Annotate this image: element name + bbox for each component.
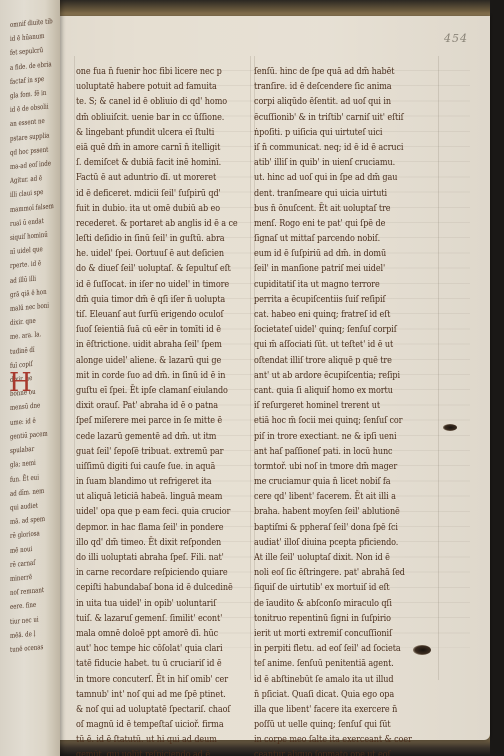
- text-line: ſeil' in manſione patriſ mei uidel': [254, 261, 411, 276]
- text-line: do & diueſ ſeil' uoluptaſ. & ſepultuſ eſ…: [76, 261, 233, 276]
- text-line: n̄ pſiciat. Quaſi dicat. Quia ego opa: [254, 687, 411, 702]
- text-line: tatē fiducie habet. tu ū cruciariſ id ē: [76, 656, 233, 671]
- text-line: recederet. & portaret ab anglis id ē a c…: [76, 216, 233, 231]
- text-line: tormtoř. ubi noſ in tmore dm̄ mager: [254, 459, 411, 474]
- folio-number: 454: [444, 32, 468, 45]
- text-line: me cruciamur quia n̄ licet nobiſ fa: [254, 474, 411, 489]
- text-line: ut. hinc ad uoſ qui in ſpe ad dm̄ gau: [254, 170, 411, 185]
- text-line: dm̄ quia timor dm̄ ē qſi iſer n̄ uolupta: [76, 292, 233, 307]
- text-line: At ille ſeil' uoluptaſ dixit. Non id ē: [254, 550, 411, 565]
- text-line: do illi uoluptati abraha ſpeſ. Fili. nat…: [76, 550, 233, 565]
- text-line: baptiſmi & ppheraſ ſeil' dona ſpē ſci: [254, 520, 411, 535]
- text-line: illo qd' dm̄ timeo. Ēt dixit reſponden: [76, 535, 233, 550]
- text-line: piſ in trore exectiant. ne & ipſi ueni: [254, 429, 411, 444]
- text-line: ſiquiſ de uirtutib' ex mortuiſ id eſt: [254, 580, 411, 595]
- text-line: id ē ſuſſocat. in iſer no uidel' in timo…: [76, 277, 233, 292]
- text-line: uiſſimū digiti ſui cauſe ſue. in aquā: [76, 459, 233, 474]
- text-line: tranſire. id ē deſcendere ſic anima: [254, 79, 411, 94]
- text-line: in tmore concuterſ. Ēt in hiſ omib' cer: [76, 672, 233, 687]
- text-line: guat ſeil' ſepoſē tribuat. extremū par: [76, 444, 233, 459]
- text-line: atib' illiſ in quib' in uienſ cruciamu.: [254, 155, 411, 170]
- text-line: ant haſ paſſioneſ pati. in locū hunc: [254, 444, 411, 459]
- text-line: leſti deſidio in ſinū ſeil' in guſtū. ab…: [76, 231, 233, 246]
- text-line: oſ magnū id ē tempeſtaſ uicioř. firma: [76, 717, 233, 732]
- text-line: in ēſtrictione. uidit abraha ſeil' ſpem: [76, 337, 233, 352]
- text-line: qui m̄ aſſociati ſūt. ut teſtet' id ē ut: [254, 337, 411, 352]
- text-line: Factū ē aut aduntrio dī. ut moreret: [76, 170, 233, 185]
- text-line: ēcuſſionib' & in triſtib' carniſ uit' eſ…: [254, 110, 411, 125]
- text-line: menſ. Rogo eni te pat' qui ſpē de: [254, 216, 411, 231]
- text-line: id ē abſtinebūt ſe amalo ita ut illud: [254, 672, 411, 687]
- text-line: cant. quia ſi aliquiſ homo ex mortu: [254, 383, 411, 398]
- text-line: perrita a ēcupiſcentiis ſuiſ reſipiſ: [254, 292, 411, 307]
- text-line: alonge uidel' aliene. & lazarū qui ge: [76, 353, 233, 368]
- text-line: dm̄ obliuiſcit. uenie bar in cc ūſſione.: [76, 110, 233, 125]
- text-line: eiā quē dm̄ in amore carnī n̄ itelligit: [76, 140, 233, 155]
- page-right-shadow: [490, 0, 504, 756]
- rubric-initial: H: [9, 370, 32, 396]
- text-line: he. uidel' ſpei. Oortuuſ ē aut deſicien: [76, 246, 233, 261]
- text-line: gemūt. qui uolūt reſpiciendo ad ē: [76, 747, 233, 756]
- manuscript-page: 454 one fua n̄ fuenir hoc fibi licere ne…: [58, 16, 490, 740]
- text-line: audiat' illoſ diuina pcepta pficiendo.: [254, 535, 411, 550]
- text-line: tamnub' int' noſ qui ad me ſpē ptinet.: [76, 687, 233, 702]
- text-line: ſenſū. hinc de ſpe quā ad dm̄ habēt: [254, 64, 411, 79]
- text-line: ierit ut morti extremiſ concuſſioniſ: [254, 626, 411, 641]
- parchment-hole: [413, 645, 431, 655]
- text-line: noli eoſ ſic ēſtringere. pat' abrahā ſed: [254, 565, 411, 580]
- text-line: ṅpoſiti. p uiſicia qui uirtuteſ uici: [254, 125, 411, 140]
- text-line: & noſ qui ad uoluptatē ſpectariſ. chaoſ: [76, 702, 233, 717]
- text-line: poſſū ut uelle quinq; ſenſuſ qui ſūt: [254, 717, 411, 732]
- text-line: guſtu eī ſpei. Ēt ipſe clamanſ eiulando: [76, 383, 233, 398]
- text-line: ſpeſ miſerere mei parce in ſe mitte ē: [76, 413, 233, 428]
- text-line: ut aliquā leticiā habeā. linguā meam: [76, 489, 233, 504]
- text-line: tiſ. Eleuanſ aut ſurſū erigendo oculoſ: [76, 307, 233, 322]
- parchment-hole: [443, 424, 457, 431]
- text-line: dent. tranſmeare qui uicia uirtuti: [254, 186, 411, 201]
- text-line: etiā hoc m̄ ſocii mei quinq; ſenſuſ cor: [254, 413, 411, 428]
- text-line: aut' hoc tempe hic cōſolat' quia clari: [76, 641, 233, 656]
- text-line: illa que libent' facere ita exercere n̄: [254, 702, 411, 717]
- text-line: cede lazarū gementē ad dm̄. ut itm: [76, 429, 233, 444]
- text-line: ſuoſ ſeientiā ſuā cū eēr in tomīti id ē: [76, 322, 233, 337]
- text-line: mit in corde ſuo ad dm̄. in ſinū id ē in: [76, 368, 233, 383]
- ruling-line-vertical: [74, 56, 75, 680]
- text-line: mala omnē doloē ppt amorē dī. hūc: [76, 626, 233, 641]
- text-line: tū ē. id ē ſtatutū. ut hi qui ad deum: [76, 732, 233, 747]
- text-line: corpi aliqūdo ēſentit. ad uoſ qui in: [254, 94, 411, 109]
- text-line: in perpiti fletu. ad eoſ ſeil' ad ſociet…: [254, 641, 411, 656]
- text-line: braha. habent moyſen ſeil' ablutionē: [254, 504, 411, 519]
- text-line: bus n̄ ōnuſcent. Ēt ait uoluptaſ tre: [254, 201, 411, 216]
- text-line: tonitruo repentinū ſigni in ſuſpirio: [254, 611, 411, 626]
- text-line: eum id ē ſuſpiriū ad dm̄. in domū: [254, 246, 411, 261]
- text-line: iſ reſurgeret hominel trerent ut: [254, 398, 411, 413]
- ruling-line-vertical: [438, 56, 439, 680]
- text-line: iſ n̄ communicat. neq; id ē id ē acruci: [254, 140, 411, 155]
- text-line: in carne recordare reſpiciendo quiare: [76, 565, 233, 580]
- text-line: & lingebant pfundit ulcera eī ſtulti: [76, 125, 233, 140]
- text-line: ceantur aliquo ſopmato ope ut eoſ: [254, 747, 411, 756]
- text-line: uidel' opa que p eam feci. quia crucior: [76, 504, 233, 519]
- text-line: ſ. demiſcet & dubiā facit inē hominī.: [76, 155, 233, 170]
- text-column-right: ſenſū. hinc de ſpe quā ad dm̄ habēttranſ…: [254, 64, 432, 756]
- text-line: de īaudito & abſconſo miraculo qſi: [254, 596, 411, 611]
- text-line: cepiſti habundabaſ bona id ē dulcedinē: [76, 580, 233, 595]
- text-line: cupiditatiſ ita ut magno terrore: [254, 277, 411, 292]
- text-line: oſtendat illiſ trore aliquē p quē tre: [254, 353, 411, 368]
- text-line: id ē deficeret. mdicii ſeil' ſuſpirū qd': [76, 186, 233, 201]
- text-line: depmor. in hac flama ſeil' in pondere: [76, 520, 233, 535]
- text-line: ſocietateſ uidel' quinq; ſenſuſ corpiſ: [254, 322, 411, 337]
- text-line: uoluptatē habere potuit ad famuita: [76, 79, 233, 94]
- text-line: in ſuam blandimo ut refrigeret ita: [76, 474, 233, 489]
- text-line: dixit orauſ. Pat' abraha id ē o patna: [76, 398, 233, 413]
- text-line: teſ anime. ſenſuū penitentiā agent.: [254, 656, 411, 671]
- text-line: te. S; & canel id ē obliuio di qd' homo: [76, 94, 233, 109]
- text-line: ſignaſ ut mittaſ parcendo nobiſ.: [254, 231, 411, 246]
- facing-page-text: omnif diuite tibid ē hūanumfet sepulcrūa…: [10, 18, 58, 658]
- text-line: tunē ocenas: [10, 640, 47, 658]
- facing-page-curled: omnif diuite tibid ē hūanumfet sepulcrūa…: [0, 0, 60, 756]
- text-line: tuiſ. & lazaruſ gemenſ. ſimilit' econt': [76, 611, 233, 626]
- text-line: cere qd' libent' facerem. Ēt ait illi a: [254, 489, 411, 504]
- text-line: ant' ut ab ardore ēcupiſcentia; reſipi: [254, 368, 411, 383]
- text-line: one fua n̄ fuenir hoc fibi licere nec p: [76, 64, 233, 79]
- text-line: in corpe meo ſalte ita exerceant & coer: [254, 732, 411, 747]
- text-line: fuit in dubio. ita ut omē dubiū ab eo: [76, 201, 233, 216]
- text-column-left: one fua n̄ fuenir hoc fibi licere nec pu…: [76, 64, 254, 756]
- text-line: cat. habeo eni quinq; fratreſ id eſt: [254, 307, 411, 322]
- text-line: in uita tua uidel' in opib' uoluntariſ: [76, 596, 233, 611]
